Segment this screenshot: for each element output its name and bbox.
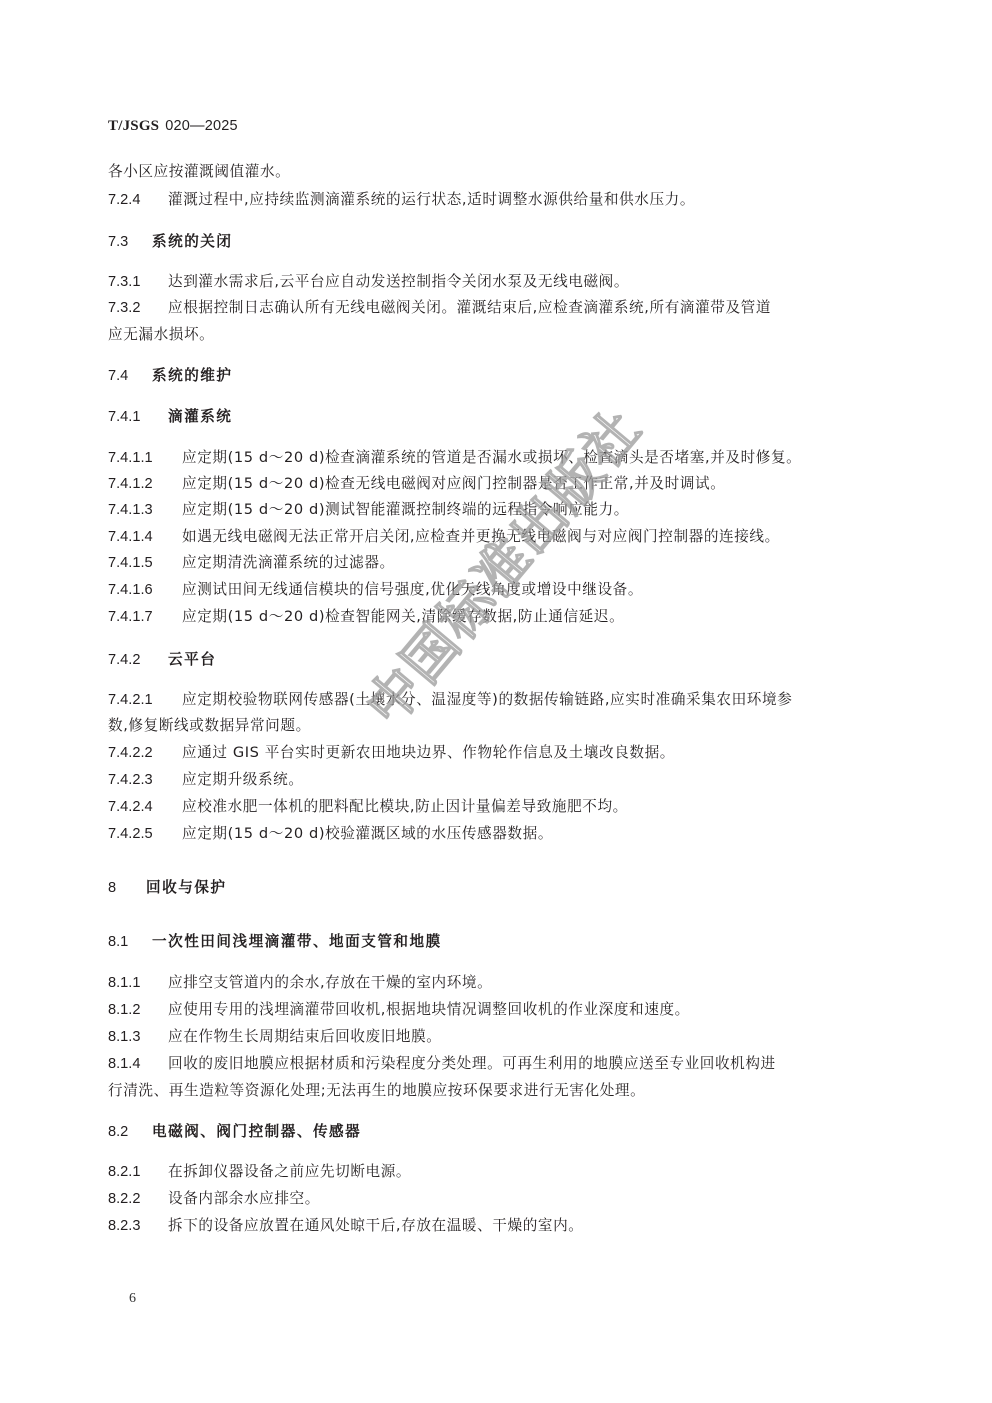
clause-number: 7.4.1.4 [108,527,182,547]
clause-text: 应排空支管道内的余水,存放在干燥的室内环境。 [168,974,492,991]
clause-item: 8.1.2应使用专用的浅埋滴灌带回收机,根据地块情况调整回收机的作业深度和速度。 [108,1000,690,1020]
clause-number: 8.1.2 [108,1000,168,1020]
clause-item: 8.2.2设备内部余水应排空。 [108,1189,320,1209]
clause-number: 8.2.3 [108,1216,168,1236]
clause-number: 7.4.2.4 [108,797,182,817]
clause-number: 7.4.2.2 [108,743,182,763]
clause-item: 8.1.4回收的废旧地膜应根据材质和污染程度分类处理。可再生利用的地膜应送至专业… [108,1054,776,1074]
standard-number: 020—2025 [165,118,238,134]
clause-number: 7.4.2.5 [108,824,182,844]
paragraph-continuation: 数,修复断线或数据异常问题。 [108,716,311,736]
clause-number: 7.4.2 [108,650,168,670]
clause-number: 7.2.4 [108,190,168,210]
heading-text: 系统的维护 [152,367,232,384]
clause-item: 8.1.1应排空支管道内的余水,存放在干燥的室内环境。 [108,973,492,993]
heading-text: 系统的关闭 [152,233,232,250]
clause-text: 回收的废旧地膜应根据材质和污染程度分类处理。可再生利用的地膜应送至专业回收机构进 [168,1055,776,1072]
clause-item: 7.4.2.3应定期升级系统。 [108,770,304,790]
clause-text: 应根据控制日志确认所有无线电磁阀关闭。灌溉结束后,应检查滴灌系统,所有滴灌带及管… [168,299,771,316]
clause-number: 7.3.1 [108,272,168,292]
heading-text: 云平台 [168,651,216,668]
clause-text: 应测试田间无线通信模块的信号强度,优化天线角度或增设中继设备。 [182,581,643,598]
clause-text: 应定期清洗滴灌系统的过滤器。 [182,554,395,571]
clause-text: 达到灌水需求后,云平台应自动发送控制指令关闭水泵及无线电磁阀。 [168,273,629,290]
clause-number: 7.4.1.2 [108,474,182,494]
standard-header: T/JSGS020—2025 [108,118,238,135]
section-heading: 8.1一次性田间浅埋滴灌带、地面支管和地膜 [108,932,442,952]
clause-number: 7.4.1.6 [108,580,182,600]
clause-text: 灌溉过程中,应持续监测滴灌系统的运行状态,适时调整水源供给量和供水压力。 [168,191,695,208]
clause-item: 7.2.4灌溉过程中,应持续监测滴灌系统的运行状态,适时调整水源供给量和供水压力… [108,190,695,210]
clause-number: 8.1.3 [108,1027,168,1047]
clause-item: 7.4.1.7应定期(15 d～20 d)检查智能网关,清除缓存数据,防止通信延… [108,607,624,627]
heading-text: 回收与保护 [146,879,226,896]
clause-text: 应校准水肥一体机的肥料配比模块,防止因计量偏差导致施肥不均。 [182,798,628,815]
standard-code: T/JSGS [108,118,159,134]
clause-item: 8.2.3拆下的设备应放置在通风处晾干后,存放在温暖、干燥的室内。 [108,1216,583,1236]
clause-item: 7.4.1.5应定期清洗滴灌系统的过滤器。 [108,553,395,573]
clause-number: 7.4.1.1 [108,448,182,468]
clause-item: 8.2.1在拆卸仪器设备之前应先切断电源。 [108,1162,411,1182]
clause-number: 8.2.2 [108,1189,168,1209]
page-number: 6 [129,1291,136,1307]
clause-number: 7.4.2.1 [108,690,182,710]
clause-text: 应定期升级系统。 [182,771,304,788]
clause-text: 应定期(15 d～20 d)校验灌溉区域的水压传感器数据。 [182,825,553,842]
section-heading: 7.3系统的关闭 [108,232,232,252]
clause-text: 应定期(15 d～20 d)检查滴灌系统的管道是否漏水或损坏、检查滴头是否堵塞,… [182,449,801,466]
clause-text: 应定期(15 d～20 d)测试智能灌溉控制终端的远程指令响应能力。 [182,501,629,518]
clause-number: 8 [108,878,146,898]
heading-text: 电磁阀、阀门控制器、传感器 [152,1123,361,1140]
section-heading: 7.4系统的维护 [108,366,232,386]
clause-number: 7.4.1 [108,407,168,427]
clause-number: 7.4.1.3 [108,500,182,520]
clause-item: 8.1.3应在作物生长周期结束后回收废旧地膜。 [108,1027,442,1047]
clause-text: 应通过 GIS 平台实时更新农田地块边界、作物轮作信息及土壤改良数据。 [182,744,675,761]
clause-item: 7.4.2.5应定期(15 d～20 d)校验灌溉区域的水压传感器数据。 [108,824,553,844]
clause-number: 7.3.2 [108,298,168,318]
clause-item: 7.4.1.6应测试田间无线通信模块的信号强度,优化天线角度或增设中继设备。 [108,580,643,600]
clause-text: 应定期(15 d～20 d)检查智能网关,清除缓存数据,防止通信延迟。 [182,608,624,625]
clause-number: 8.1.4 [108,1054,168,1074]
clause-number: 8.2.1 [108,1162,168,1182]
heading-text: 滴灌系统 [168,408,232,425]
clause-number: 7.4 [108,366,152,386]
clause-text: 如遇无线电磁阀无法正常开启关闭,应检查并更换无线电磁阀与对应阀门控制器的连接线。 [182,528,780,545]
clause-number: 8.1.1 [108,973,168,993]
clause-number: 7.4.2.3 [108,770,182,790]
clause-number: 7.4.1.5 [108,553,182,573]
section-heading: 8.2电磁阀、阀门控制器、传感器 [108,1122,361,1142]
clause-item: 7.4.2.2应通过 GIS 平台实时更新农田地块边界、作物轮作信息及土壤改良数… [108,743,675,763]
clause-number: 8.1 [108,932,152,952]
clause-text: 应定期(15 d～20 d)检查无线电磁阀对应阀门控制器是否工作正常,并及时调试… [182,475,725,492]
clause-item: 7.4.1.1应定期(15 d～20 d)检查滴灌系统的管道是否漏水或损坏、检查… [108,448,801,468]
clause-item: 7.4.1.3应定期(15 d～20 d)测试智能灌溉控制终端的远程指令响应能力… [108,500,629,520]
section-heading: 7.4.2云平台 [108,650,216,670]
clause-text: 应在作物生长周期结束后回收废旧地膜。 [168,1028,442,1045]
clause-text: 设备内部余水应排空。 [168,1190,320,1207]
clause-text: 应定期校验物联网传感器(土壤水分、温湿度等)的数据传输链路,应实时准确采集农田环… [182,691,792,708]
section-heading: 7.4.1滴灌系统 [108,407,232,427]
clause-item: 7.3.1达到灌水需求后,云平台应自动发送控制指令关闭水泵及无线电磁阀。 [108,272,629,292]
paragraph-continuation: 各小区应按灌溉阈值灌水。 [108,162,290,182]
clause-number: 8.2 [108,1122,152,1142]
clause-text: 拆下的设备应放置在通风处晾干后,存放在温暖、干燥的室内。 [168,1217,583,1234]
document-page: T/JSGS020—2025 各小区应按灌溉阈值灌水。7.2.4灌溉过程中,应持… [0,0,992,1403]
heading-text: 一次性田间浅埋滴灌带、地面支管和地膜 [152,933,442,950]
clause-item: 7.4.2.4应校准水肥一体机的肥料配比模块,防止因计量偏差导致施肥不均。 [108,797,628,817]
paragraph-continuation: 行清洗、再生造粒等资源化处理;无法再生的地膜应按环保要求进行无害化处理。 [108,1081,645,1101]
clause-item: 7.4.2.1应定期校验物联网传感器(土壤水分、温湿度等)的数据传输链路,应实时… [108,690,792,710]
clause-item: 7.4.1.2应定期(15 d～20 d)检查无线电磁阀对应阀门控制器是否工作正… [108,474,725,494]
clause-number: 7.3 [108,232,152,252]
clause-number: 7.4.1.7 [108,607,182,627]
paragraph-continuation: 应无漏水损坏。 [108,325,214,345]
clause-item: 7.3.2应根据控制日志确认所有无线电磁阀关闭。灌溉结束后,应检查滴灌系统,所有… [108,298,771,318]
clause-text: 在拆卸仪器设备之前应先切断电源。 [168,1163,411,1180]
section-heading: 8回收与保护 [108,878,226,898]
clause-text: 应使用专用的浅埋滴灌带回收机,根据地块情况调整回收机的作业深度和速度。 [168,1001,690,1018]
clause-item: 7.4.1.4如遇无线电磁阀无法正常开启关闭,应检查并更换无线电磁阀与对应阀门控… [108,527,780,547]
